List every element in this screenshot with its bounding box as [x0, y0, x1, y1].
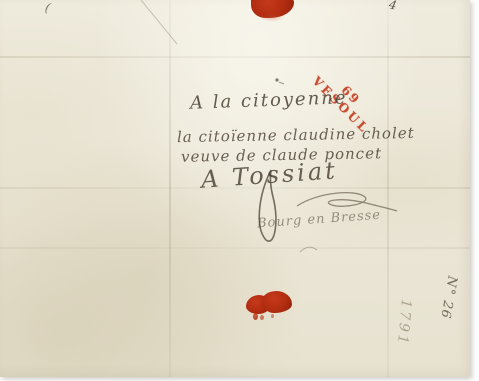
wax-seal-bottom [246, 291, 292, 321]
fold-line-horizontal-top [0, 56, 470, 58]
ink-speck-tail [279, 82, 284, 84]
small-squiggle [300, 247, 317, 252]
corner-pen-mark: ( [43, 1, 52, 17]
ink-speck [275, 78, 278, 81]
crease-line [141, 0, 177, 44]
scan-backdrop: 69 VESOUL A la citoyenne la citoïenne cl… [0, 0, 479, 381]
signature-flourish [297, 193, 397, 211]
fold-line-vertical-right [387, 0, 389, 377]
destination-note: Bourg en Bresse [257, 208, 382, 232]
fold-line-horizontal-bottom [0, 247, 470, 249]
fold-line-vertical-left [169, 0, 171, 377]
docket-number: N° 26 [436, 275, 459, 325]
address-line-2: la citoïenne claudine cholet [177, 124, 415, 146]
docket-year: 1791 [394, 298, 414, 345]
wax-seal-top [251, 0, 294, 25]
letter-paper: 69 VESOUL A la citoyenne la citoïenne cl… [0, 0, 470, 377]
top-pen-mark: 4 [388, 0, 398, 13]
address-line-1: A la citoyenne [190, 87, 348, 113]
